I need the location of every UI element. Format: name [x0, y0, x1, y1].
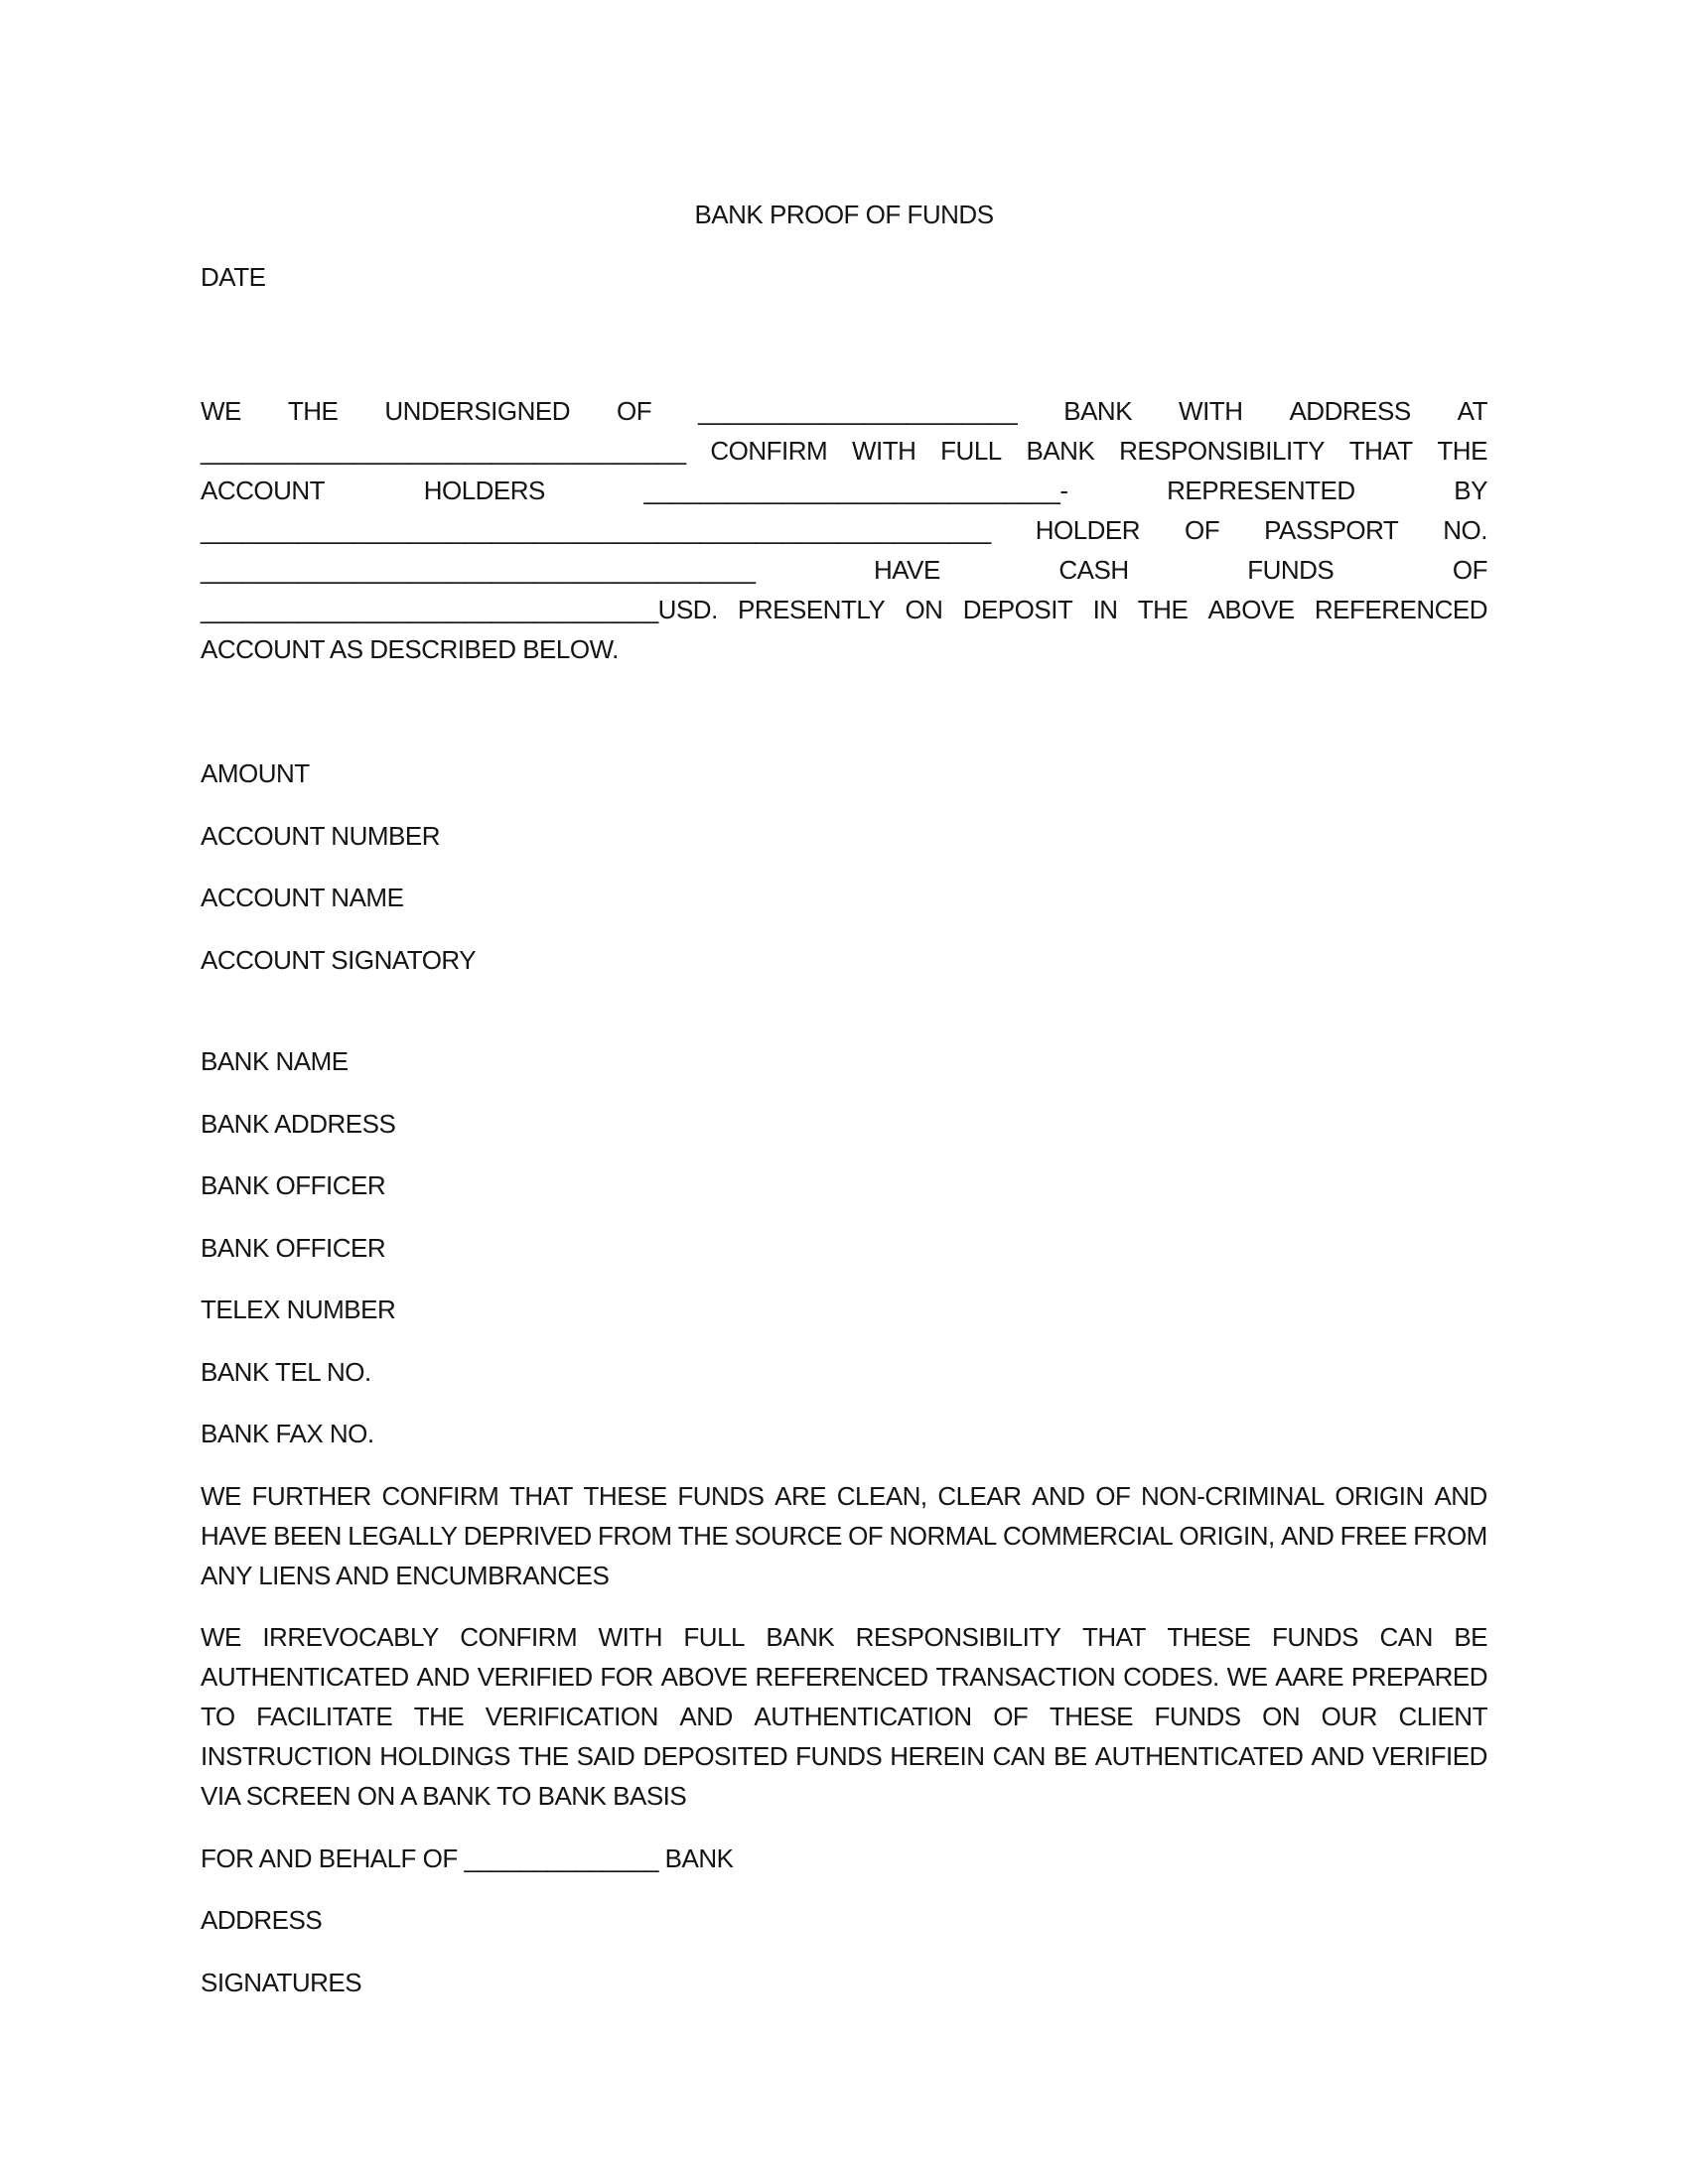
field-label-bank-fax-no: BANK FAX NO.	[201, 1414, 1487, 1453]
intro-line-5: ________________________________________…	[201, 550, 1487, 590]
intro-line-6: _________________________________USD.PRE…	[201, 590, 1487, 629]
field-label-account-signatory: ACCOUNT SIGNATORY	[201, 940, 1487, 980]
intro-line-2: ___________________________________CONFI…	[201, 431, 1487, 471]
date-label: DATE	[201, 257, 1487, 297]
confirmation-clean-line-2: HAVEBEENLEGALLYDEPRIVEDFROMTHESOURCEOFNO…	[201, 1516, 1487, 1556]
field-label-bank-address: BANK ADDRESS	[201, 1104, 1487, 1144]
account-fields-group: AMOUNT ACCOUNT NUMBER ACCOUNT NAME ACCOU…	[201, 753, 1487, 980]
confirmation-verify-line-2: AUTHENTICATEDANDVERIFIEDFORABOVEREFERENC…	[201, 1657, 1487, 1697]
address-label: ADDRESS	[201, 1900, 1487, 1940]
bank-fields-group: BANK NAME BANK ADDRESS BANK OFFICER BANK…	[201, 1041, 1487, 1453]
field-label-telex-number: TELEX NUMBER	[201, 1290, 1487, 1329]
signatures-label: SIGNATURES	[201, 1963, 1487, 2002]
field-label-bank-tel-no: BANK TEL NO.	[201, 1352, 1487, 1392]
confirmation-verify-line-5: VIA SCREEN ON A BANK TO BANK BASIS	[201, 1776, 1487, 1816]
confirmation-verify-line-4: INSTRUCTIONHOLDINGSTHESAIDDEPOSITEDFUNDS…	[201, 1736, 1487, 1776]
intro-line-4: ________________________________________…	[201, 510, 1487, 550]
intro-line-1: WETHEUNDERSIGNEDOF______________________…	[201, 391, 1487, 431]
document-page: BANK PROOF OF FUNDS DATE WETHEUNDERSIGNE…	[0, 0, 1688, 2184]
confirmation-verify-line-1: WEIRREVOCABLYCONFIRMWITHFULLBANKRESPONSI…	[201, 1617, 1487, 1657]
confirmation-verify-line-3: TOFACILITATETHEVERIFICATIONANDAUTHENTICA…	[201, 1697, 1487, 1736]
intro-paragraph: WETHEUNDERSIGNEDOF______________________…	[201, 391, 1487, 669]
field-label-bank-name: BANK NAME	[201, 1041, 1487, 1081]
field-label-bank-officer-1: BANK OFFICER	[201, 1165, 1487, 1205]
field-label-account-number: ACCOUNT NUMBER	[201, 816, 1487, 856]
field-label-account-name: ACCOUNT NAME	[201, 878, 1487, 917]
document-content: BANK PROOF OF FUNDS DATE WETHEUNDERSIGNE…	[201, 195, 1487, 2024]
confirmation-clean-line-3: ANY LIENS AND ENCUMBRANCES	[201, 1556, 1487, 1595]
intro-line-3: ACCOUNTHOLDERS__________________________…	[201, 471, 1487, 510]
document-title: BANK PROOF OF FUNDS	[201, 195, 1487, 234]
confirmation-clean-paragraph: WEFURTHERCONFIRMTHATTHESEFUNDSARECLEAN,C…	[201, 1476, 1487, 1595]
confirmation-verify-paragraph: WEIRREVOCABLYCONFIRMWITHFULLBANKRESPONSI…	[201, 1617, 1487, 1816]
for-and-behalf-line: FOR AND BEHALF OF ______________ BANK	[201, 1839, 1487, 1878]
intro-line-7: ACCOUNT AS DESCRIBED BELOW.	[201, 629, 1487, 669]
field-label-amount: AMOUNT	[201, 753, 1487, 793]
field-label-bank-officer-2: BANK OFFICER	[201, 1228, 1487, 1268]
confirmation-clean-line-1: WEFURTHERCONFIRMTHATTHESEFUNDSARECLEAN,C…	[201, 1476, 1487, 1516]
